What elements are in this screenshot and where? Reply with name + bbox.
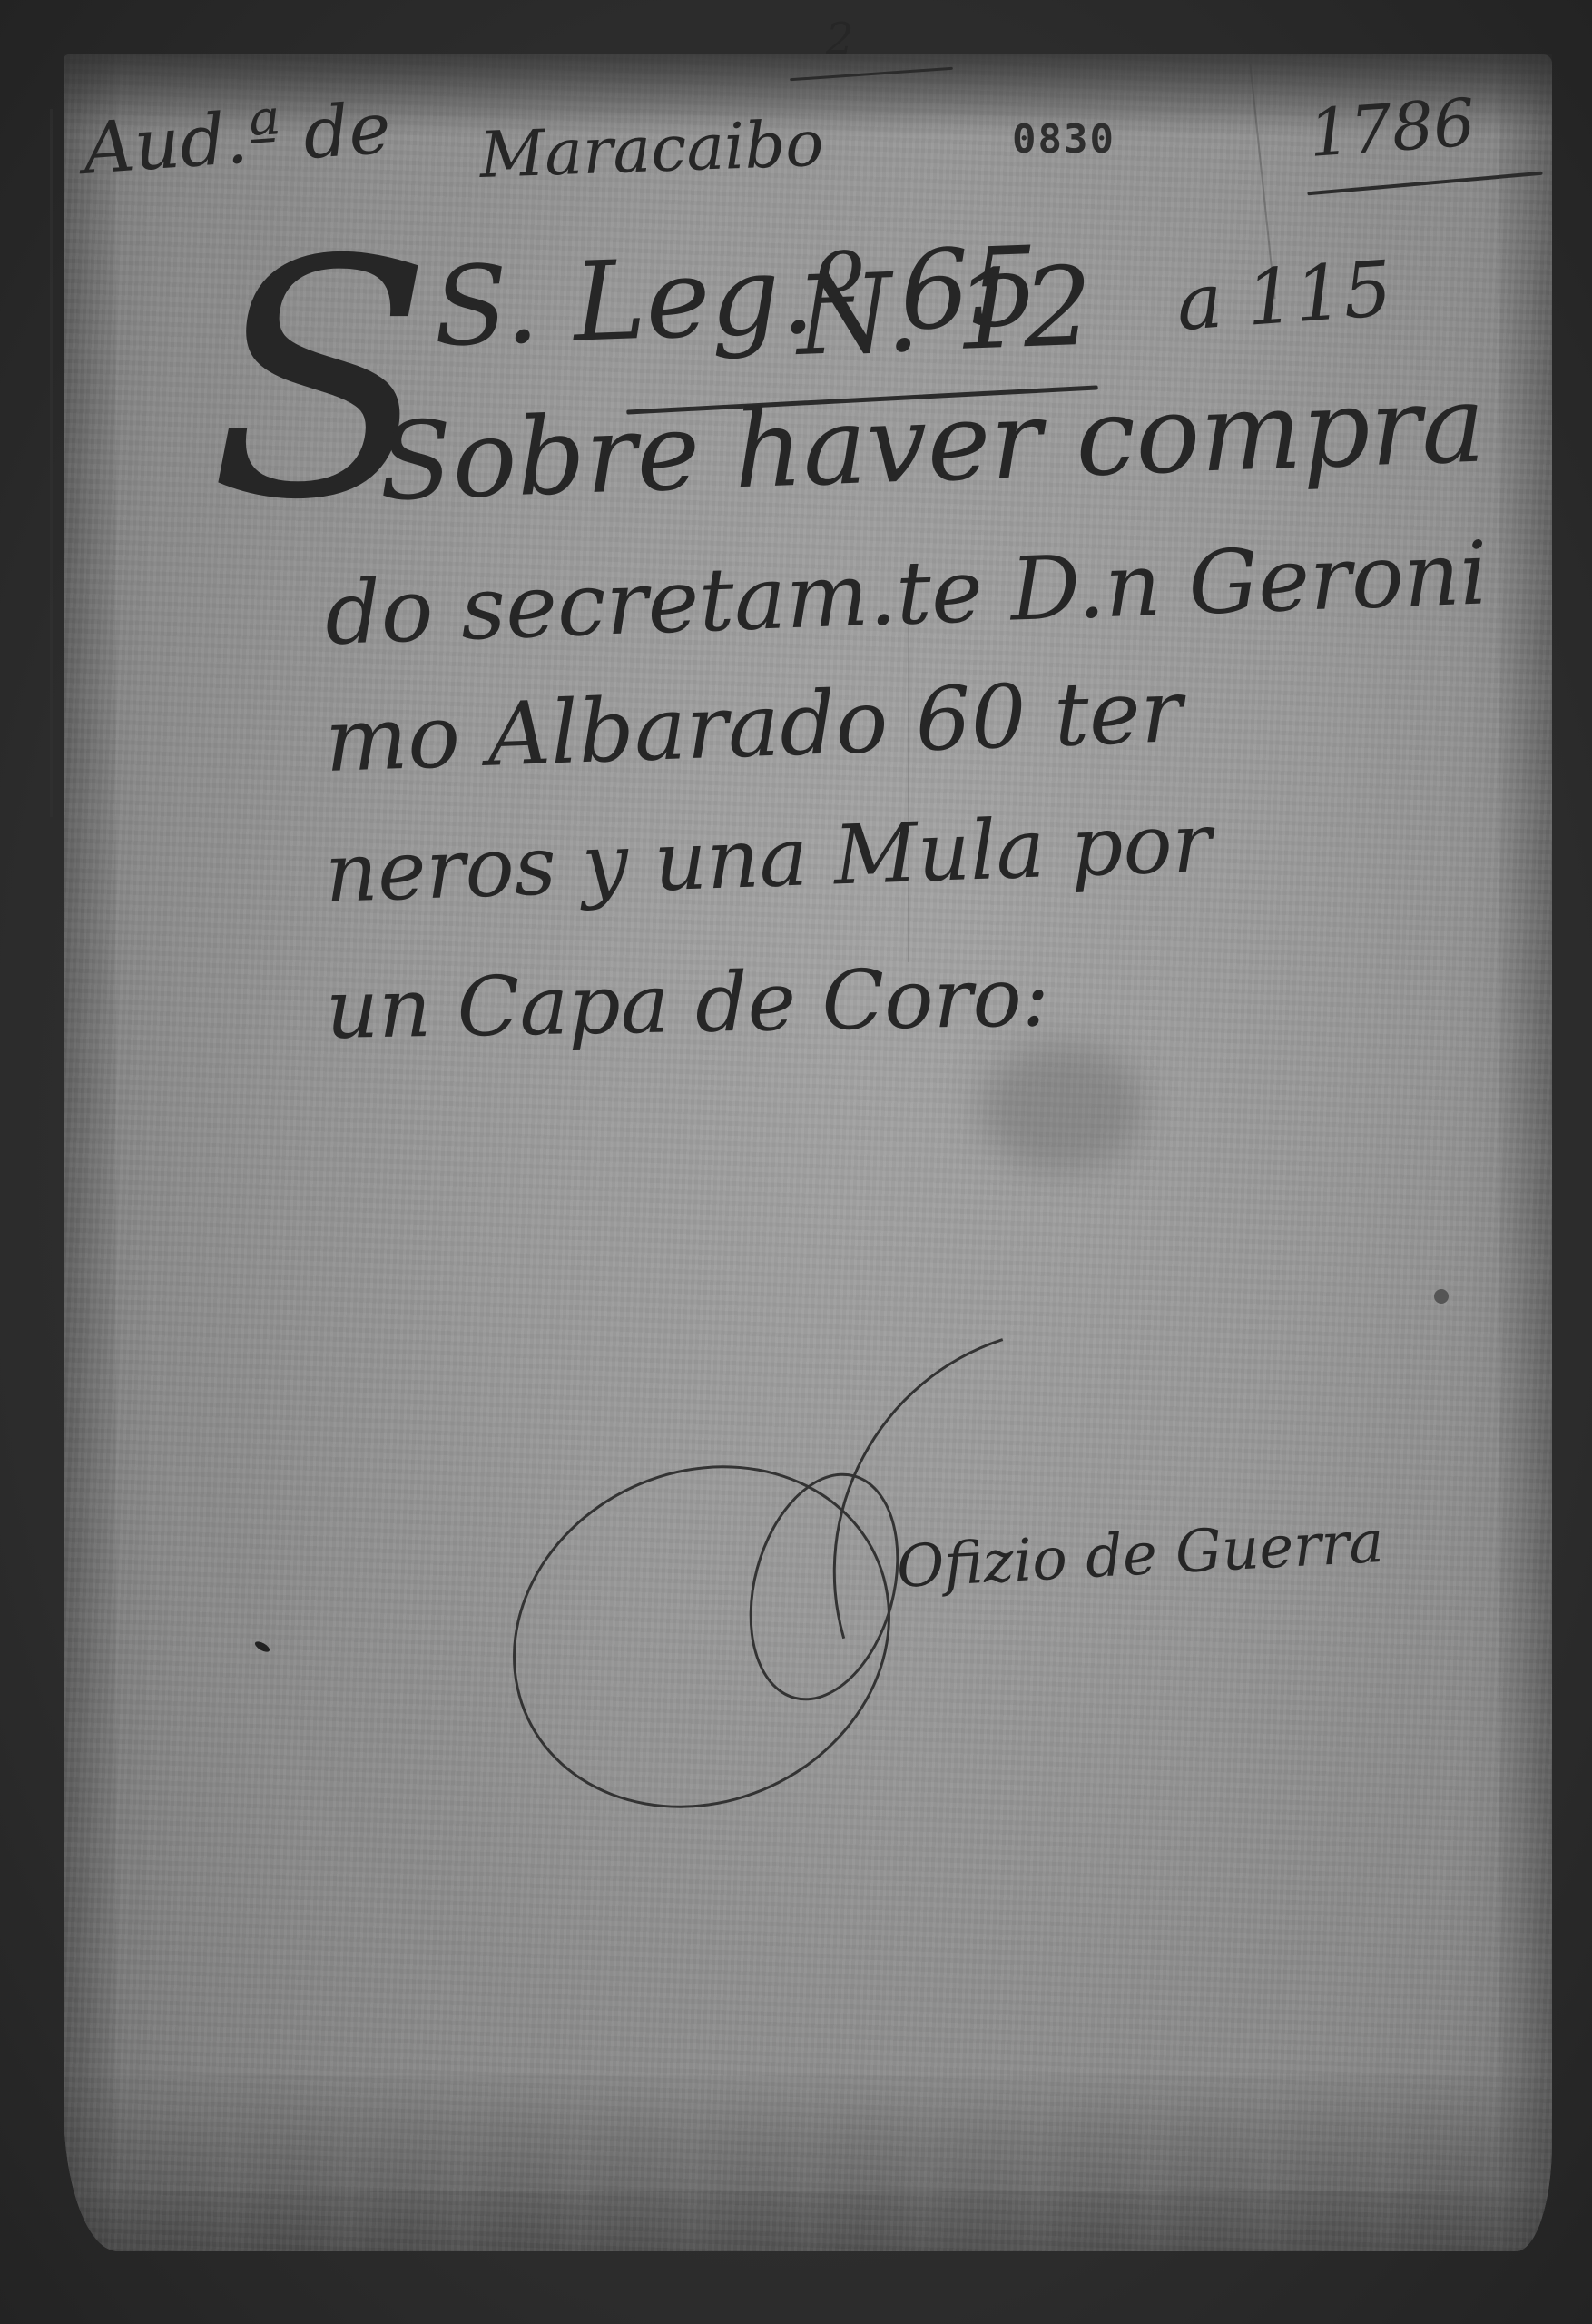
- header-place: Maracaibo: [478, 106, 825, 192]
- header-stamp-number: 0830: [1012, 116, 1115, 162]
- reference-numero: N. 12: [794, 244, 1095, 380]
- paper-stain: [980, 1044, 1144, 1171]
- left-binding-edge: [50, 109, 53, 817]
- ink-speck: [1434, 1289, 1449, 1304]
- body-line-5: un Capa de Coro:: [325, 950, 1050, 1058]
- header-top-mark: 2: [826, 14, 854, 64]
- reference-folios: a 115: [1174, 244, 1394, 348]
- header-year: 1786: [1306, 84, 1478, 172]
